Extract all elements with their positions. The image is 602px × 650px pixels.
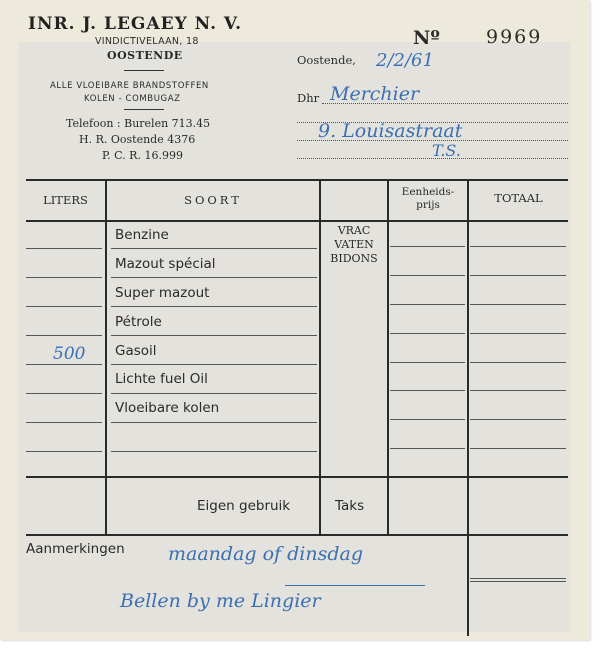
row-line	[390, 333, 465, 334]
col-divider-container	[387, 181, 389, 534]
row-line	[111, 393, 317, 394]
customer-label: Dhr	[297, 91, 319, 105]
row-line	[111, 422, 317, 423]
product-petrole: Pétrole	[115, 314, 162, 330]
row-line	[111, 306, 317, 307]
date-field[interactable]: 2/2/61	[376, 50, 434, 71]
header-line: Eenheids-	[389, 186, 467, 199]
handwritten-underline	[285, 585, 425, 586]
invoice-paper: INR. J. LEGAEY N. V. VINDICTIVELAAN, 18 …	[0, 0, 590, 640]
tagline-fuels: ALLE VLOEIBARE BRANDSTOFFEN	[50, 81, 209, 91]
product-benzine: Benzine	[115, 227, 169, 243]
product-mazout-special: Mazout spécial	[115, 256, 216, 272]
row-line	[390, 362, 465, 363]
product-lichte-fuel-oil: Lichte fuel Oil	[115, 371, 208, 387]
row-line	[470, 419, 566, 420]
customer-address-field[interactable]: 9. Louisastraat	[318, 120, 462, 142]
row-line	[390, 448, 465, 449]
eigen-gebruik-label: Eigen gebruik	[197, 498, 290, 514]
place-label: Oostende,	[297, 53, 356, 67]
taks-label: Taks	[335, 498, 364, 514]
total-double-line	[470, 578, 566, 579]
row-line	[390, 419, 465, 420]
row-line	[111, 277, 317, 278]
company-name: INR. J. LEGAEY N. V.	[28, 14, 242, 34]
table-body-bottom-border	[26, 476, 568, 478]
telephone: Telefoon : Burelen 713.45	[66, 117, 210, 130]
row-line	[111, 335, 317, 336]
row-line	[111, 364, 317, 365]
row-line	[470, 448, 566, 449]
row-line	[26, 335, 102, 336]
remarks-line-1[interactable]: maandag of dinsdag	[168, 543, 363, 565]
row-line	[26, 364, 102, 365]
row-line	[470, 333, 566, 334]
row-line	[111, 248, 317, 249]
row-line	[26, 393, 102, 394]
product-gasoil: Gasoil	[115, 343, 157, 359]
table-footer-bottom-border	[26, 534, 568, 536]
table-header-bottom-border	[26, 220, 568, 222]
table-top-border	[26, 179, 568, 181]
company-city: OOSTENDE	[107, 49, 183, 62]
product-vloeibare-kolen: Vloeibare kolen	[115, 400, 219, 416]
trade-register: H. R. Oostende 4376	[79, 133, 195, 146]
container-type-vrac: VRAC	[321, 224, 387, 238]
column-header-eenheidsprijs: Eenheids- prijs	[389, 186, 467, 212]
row-line	[390, 246, 465, 247]
divider	[124, 70, 164, 71]
row-line	[470, 390, 566, 391]
tagline-coal: KOLEN - COMBUGAZ	[84, 94, 181, 104]
row-line	[390, 390, 465, 391]
row-line	[26, 451, 102, 452]
row-line	[26, 277, 102, 278]
row-line	[26, 422, 102, 423]
postal-account: P. C. R. 16.999	[102, 149, 183, 162]
col-divider-liters	[105, 181, 107, 534]
company-address: VINDICTIVELAAN, 18	[95, 36, 199, 47]
header-line: prijs	[389, 199, 467, 212]
invoice-number: 9969	[486, 26, 542, 48]
row-line	[470, 304, 566, 305]
remarks-label: Aanmerkingen	[26, 541, 125, 557]
row-line	[390, 275, 465, 276]
liters-gasoil-field[interactable]: 500	[53, 344, 85, 364]
container-type-vaten: VATEN	[321, 238, 387, 252]
container-types: VRAC VATEN BIDONS	[321, 224, 387, 266]
col-divider-prijs	[467, 181, 469, 636]
product-super-mazout: Super mazout	[115, 285, 209, 301]
container-type-bidons: BIDONS	[321, 252, 387, 266]
divider	[124, 109, 164, 110]
row-line	[470, 246, 566, 247]
total-double-line	[470, 581, 566, 582]
row-line	[470, 362, 566, 363]
remarks-line-2[interactable]: Bellen by me Lingier	[120, 590, 321, 612]
row-line	[390, 304, 465, 305]
customer-name-field[interactable]: Merchier	[330, 83, 419, 105]
row-line	[26, 306, 102, 307]
invoice-number-label: Nº	[413, 27, 440, 49]
customer-address-line-2[interactable]: T.S.	[432, 141, 461, 160]
row-line	[26, 248, 102, 249]
row-line	[111, 451, 317, 452]
column-header-soort: SOORT	[107, 193, 319, 207]
column-header-totaal: TOTAAL	[469, 191, 568, 205]
row-line	[470, 275, 566, 276]
column-header-liters: LITERS	[26, 193, 105, 207]
